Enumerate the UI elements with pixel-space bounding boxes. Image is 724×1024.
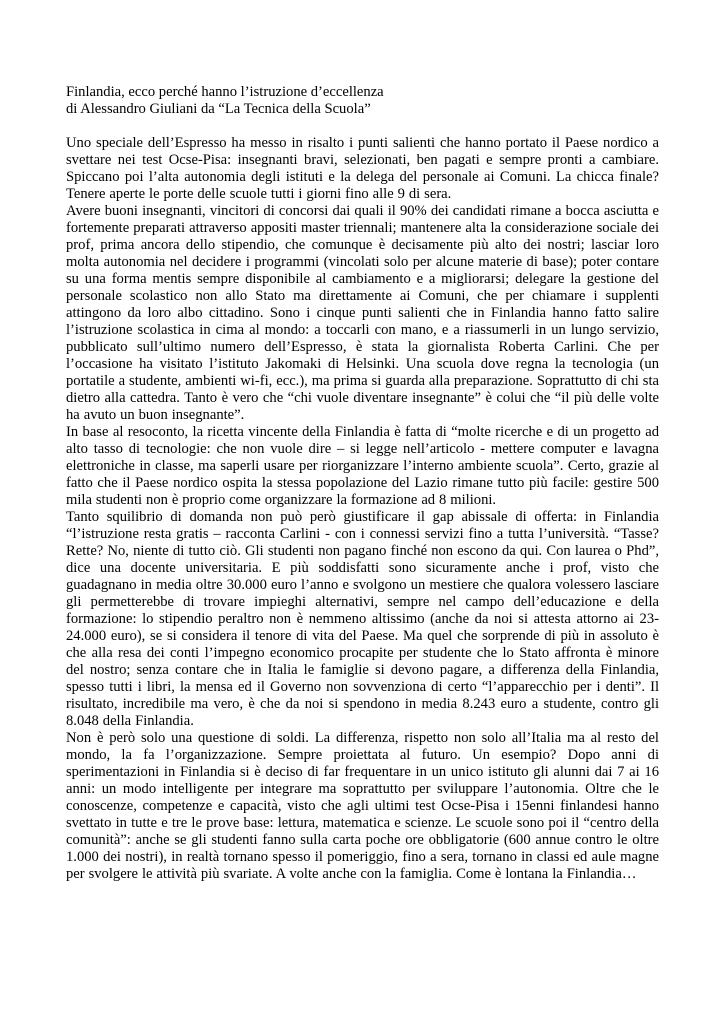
article-header: Finlandia, ecco perché hanno l’istruzion… bbox=[66, 84, 659, 118]
article-paragraph: Tanto squilibrio di domanda non può però… bbox=[66, 509, 659, 730]
article-byline: di Alessandro Giuliani da “La Tecnica de… bbox=[66, 101, 659, 118]
article-paragraph: Avere buoni insegnanti, vincitori di con… bbox=[66, 203, 659, 424]
article-paragraph: In base al resoconto, la ricetta vincent… bbox=[66, 424, 659, 509]
article-paragraph: Non è però solo una questione di soldi. … bbox=[66, 730, 659, 883]
article-title: Finlandia, ecco perché hanno l’istruzion… bbox=[66, 84, 659, 101]
article-body: Uno speciale dell’Espresso ha messo in r… bbox=[66, 135, 659, 883]
article-paragraph: Uno speciale dell’Espresso ha messo in r… bbox=[66, 135, 659, 203]
document-page: Finlandia, ecco perché hanno l’istruzion… bbox=[0, 0, 724, 1024]
